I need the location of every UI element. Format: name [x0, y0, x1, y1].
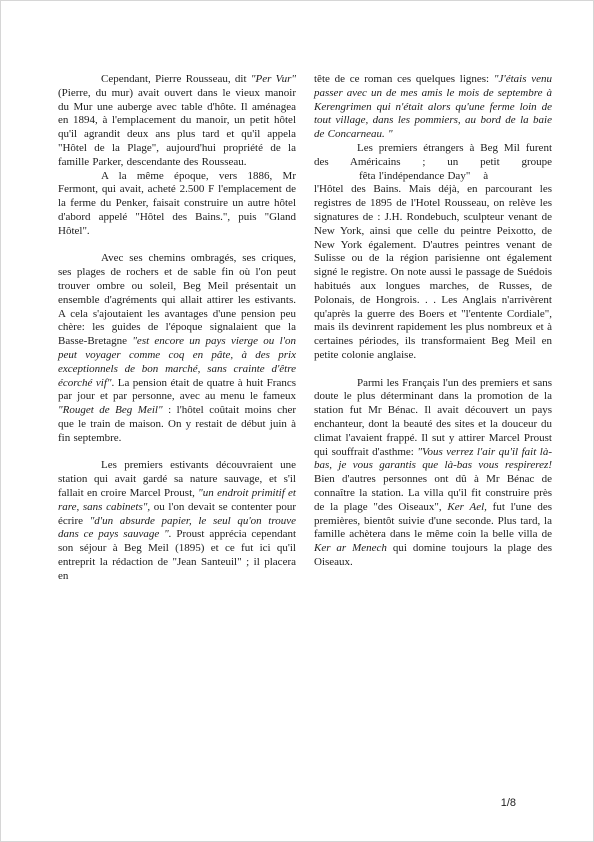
text-segment: tête de ce roman ces quelques lignes:	[314, 73, 494, 85]
text-segment: Cependant, Pierre Rousseau, dit	[101, 73, 251, 85]
page-number: 1/8	[456, 797, 516, 810]
text-segment: Les premiers étrangers à Beg Mil furent …	[314, 142, 552, 168]
paragraph: Avec ses chemins ombragés, ses criques, …	[58, 252, 296, 445]
italic-text-segment: "Rouget de Beg Meil"	[58, 404, 163, 416]
paragraph: Les premiers estivants découvraient une …	[58, 459, 296, 583]
paragraph: A la même époque, vers 1886, Mr Fermont,…	[58, 170, 296, 239]
text-column-left: Cependant, Pierre Rousseau, dit "Per Vur…	[58, 73, 296, 583]
italic-text-segment: Ker Ael,	[447, 501, 486, 513]
paragraph: fêta l'indépendance Day" à	[314, 170, 552, 184]
paragraph: l'Hôtel des Bains. Mais déjà, en parcour…	[314, 183, 552, 362]
paragraph: Cependant, Pierre Rousseau, dit "Per Vur…	[58, 73, 296, 170]
text-segment: Avec ses chemins ombragés, ses criques, …	[58, 252, 296, 347]
italic-text-segment: "Per Vur"	[251, 73, 296, 85]
text-segment: A la même époque, vers 1886, Mr Fermont,…	[58, 170, 296, 237]
text-column-right: tête de ce roman ces quelques lignes: "J…	[314, 73, 552, 570]
italic-text-segment: Ker ar Menech	[314, 542, 387, 554]
paragraph: Parmi les Français l'un des premiers et …	[314, 377, 552, 570]
paragraph: Les premiers étrangers à Beg Mil furent …	[314, 142, 552, 170]
document-page: Cependant, Pierre Rousseau, dit "Per Vur…	[0, 0, 594, 842]
text-segment: (Pierre, du mur) avait ouvert dans le vi…	[58, 87, 296, 168]
text-segment: l'Hôtel des Bains. Mais déjà, en parcour…	[314, 183, 552, 361]
text-segment: fêta l'indépendance Day" à	[359, 170, 488, 182]
paragraph: tête de ce roman ces quelques lignes: "J…	[314, 73, 552, 142]
